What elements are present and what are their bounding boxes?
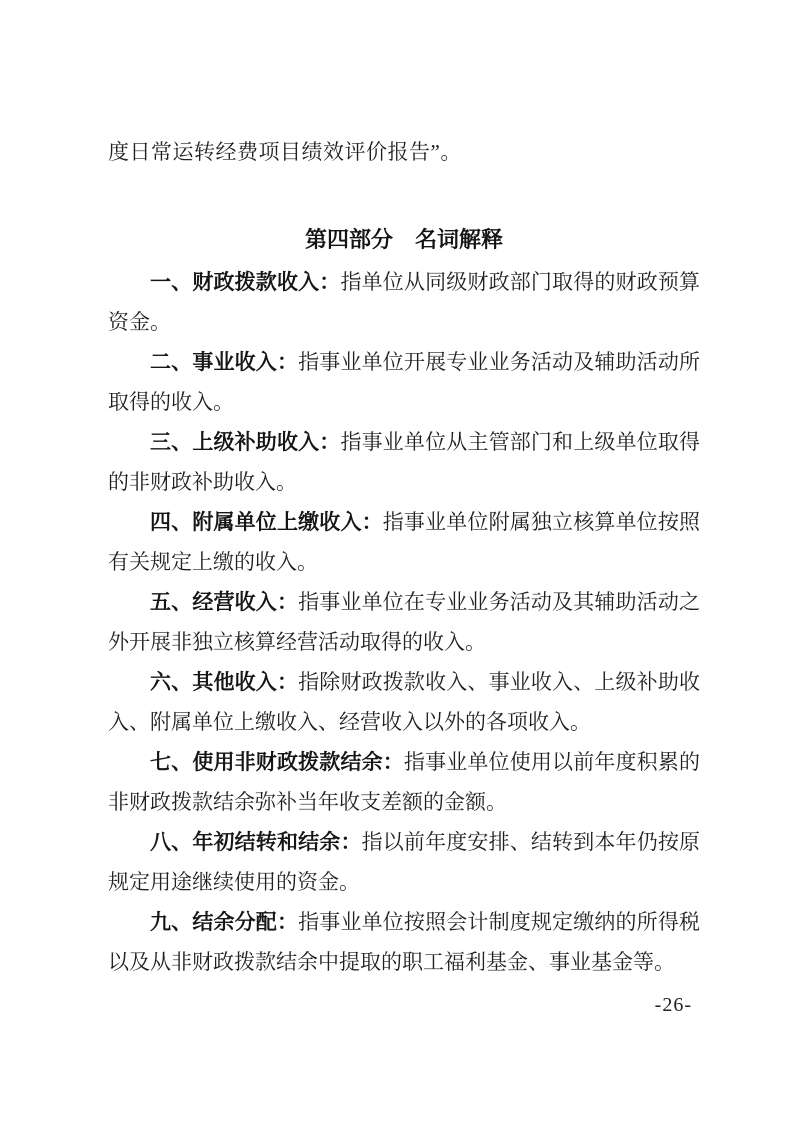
definition-item: 六、其他收入：指除财政拨款收入、事业收入、上级补助收入、附属单位上缴收入、经营收… (108, 662, 700, 742)
definition-item: 四、附属单位上缴收入：指事业单位附属独立核算单位按照有关规定上缴的收入。 (108, 502, 700, 582)
definition-term: 七、使用非财政拨款结余： (150, 750, 404, 774)
definition-term: 五、经营收入： (150, 590, 298, 614)
definition-item: 三、上级补助收入：指事业单位从主管部门和上级单位取得的非财政补助收入。 (108, 422, 700, 502)
definition-item: 八、年初结转和结余：指以前年度安排、结转到本年仍按原规定用途继续使用的资金。 (108, 822, 700, 902)
definition-item: 一、财政拨款收入：指单位从同级财政部门取得的财政预算资金。 (108, 262, 700, 342)
definition-term: 三、上级补助收入： (150, 430, 340, 454)
definition-term: 九、结余分配： (150, 910, 298, 934)
section-heading: 第四部分 名词解释 (108, 224, 700, 256)
definition-item: 五、经营收入：指事业单位在专业业务活动及其辅助活动之外开展非独立核算经营活动取得… (108, 582, 700, 662)
definition-term: 四、附属单位上缴收入： (150, 510, 383, 534)
document-page: 度日常运转经费项目绩效评价报告”。 第四部分 名词解释 一、财政拨款收入：指单位… (0, 0, 793, 1122)
page-number: -26- (108, 993, 692, 1017)
definition-term: 一、财政拨款收入： (150, 270, 340, 294)
definition-item: 七、使用非财政拨款结余：指事业单位使用以前年度积累的非财政拨款结余弥补当年收支差… (108, 742, 700, 822)
continuation-paragraph: 度日常运转经费项目绩效评价报告”。 (108, 140, 700, 164)
definition-term: 八、年初结转和结余： (150, 830, 362, 854)
definitions-list: 一、财政拨款收入：指单位从同级财政部门取得的财政预算资金。 二、事业收入：指事业… (108, 262, 700, 982)
definition-term: 六、其他收入： (150, 670, 298, 694)
definition-item: 九、结余分配：指事业单位按照会计制度规定缴纳的所得税以及从非财政拨款结余中提取的… (108, 902, 700, 982)
definition-item: 二、事业收入：指事业单位开展专业业务活动及辅助活动所取得的收入。 (108, 342, 700, 422)
definition-term: 二、事业收入： (150, 350, 298, 374)
